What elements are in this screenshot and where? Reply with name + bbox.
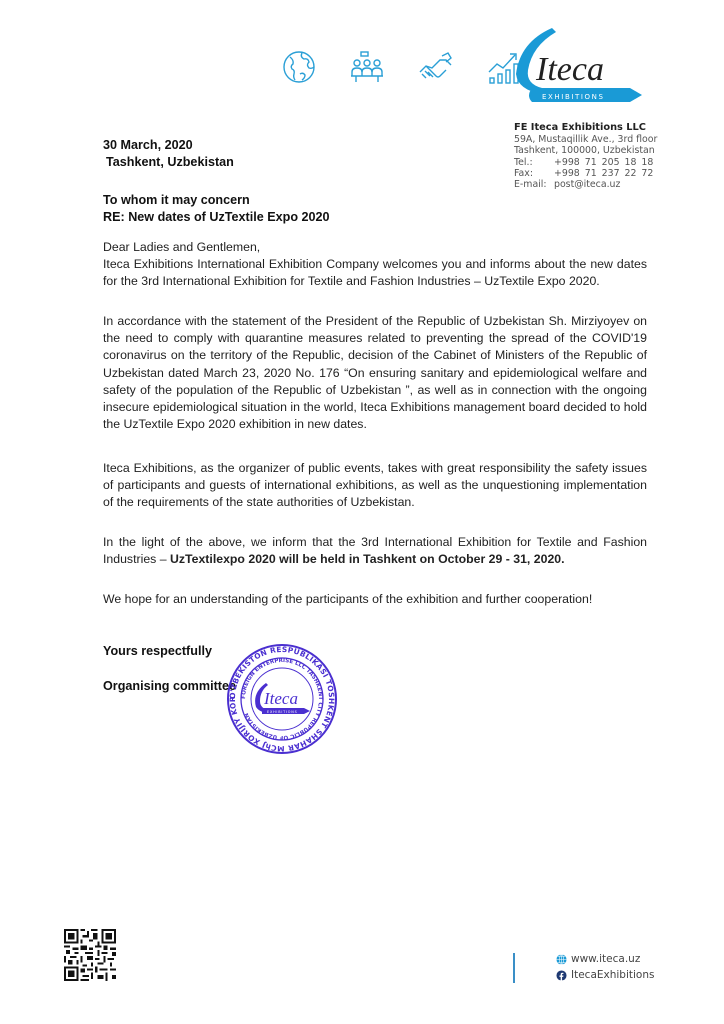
- handshake-icon: [418, 50, 452, 84]
- company-address-1: 59A, Mustaqillik Ave., 3rd floor: [514, 134, 657, 145]
- letter-date-block: 30 March, 2020 Tashkent, Uzbekistan: [103, 137, 234, 171]
- letter-date: 30 March, 2020: [103, 137, 234, 154]
- fax-value: +998 71 237 22 72: [554, 168, 653, 179]
- globe-icon: [282, 50, 316, 84]
- fax-label: Fax:: [514, 168, 554, 179]
- paragraph-intro: Dear Ladies and Gentlemen, Iteca Exhibit…: [103, 239, 647, 291]
- email-label: E-mail:: [514, 179, 554, 190]
- logo-tagline: EXHIBITIONS: [542, 93, 605, 101]
- facebook-icon: [556, 970, 567, 981]
- tel-label: Tel.:: [514, 157, 554, 168]
- qr-code[interactable]: [64, 929, 116, 981]
- stamp-center-sub: EXHIBITIONS: [267, 710, 298, 714]
- closing-phrase: Yours respectfully: [103, 644, 212, 658]
- footer-links: www.iteca.uz ItecaExhibitions: [556, 951, 654, 983]
- paragraph-closing: We hope for an understanding of the part…: [103, 591, 647, 608]
- meeting-icon: [350, 50, 384, 84]
- logo-brand-text: Iteca: [535, 51, 604, 88]
- company-address-2: Tashkent, 100000, Uzbekistan: [514, 145, 657, 156]
- company-info: FE Iteca Exhibitions LLC 59A, Mustaqilli…: [514, 122, 657, 190]
- stamp-center-text: Iteca: [263, 689, 298, 708]
- subject-line: RE: New dates of UzTextile Expo 2020: [103, 209, 330, 226]
- official-stamp: O'ZBEKISTON RESPUBLIKASI TOSHKENT SHAHAR…: [226, 643, 338, 755]
- addressee: To whom it may concern: [103, 192, 330, 209]
- salutation: Dear Ladies and Gentlemen,: [103, 239, 647, 256]
- signatory: Organising committee: [103, 679, 236, 693]
- website-link[interactable]: www.iteca.uz: [556, 951, 654, 967]
- iteca-logo: Iteca EXHIBITIONS: [512, 22, 652, 112]
- letter-city: Tashkent, Uzbekistan: [103, 154, 234, 171]
- company-name: FE Iteca Exhibitions LLC: [514, 122, 657, 133]
- tel-value: +998 71 205 18 18: [554, 157, 653, 168]
- new-dates-highlight: UzTextilexpo 2020 will be held in Tashke…: [170, 552, 565, 566]
- email-value[interactable]: post@iteca.uz: [554, 179, 620, 190]
- paragraph-reason: In accordance with the statement of the …: [103, 313, 647, 433]
- facebook-link[interactable]: ItecaExhibitions: [556, 967, 654, 983]
- intro-text: Iteca Exhibitions International Exhibiti…: [103, 256, 647, 290]
- website-text: www.iteca.uz: [571, 951, 640, 967]
- paragraph-responsibility: Iteca Exhibitions, as the organizer of p…: [103, 460, 647, 512]
- paragraph-new-dates: In the light of the above, we inform tha…: [103, 534, 647, 568]
- globe-icon: [556, 954, 567, 965]
- letter-subject-block: To whom it may concern RE: New dates of …: [103, 192, 330, 226]
- footer-divider: [513, 953, 515, 983]
- header-icons: [282, 50, 520, 84]
- facebook-text: ItecaExhibitions: [571, 967, 654, 983]
